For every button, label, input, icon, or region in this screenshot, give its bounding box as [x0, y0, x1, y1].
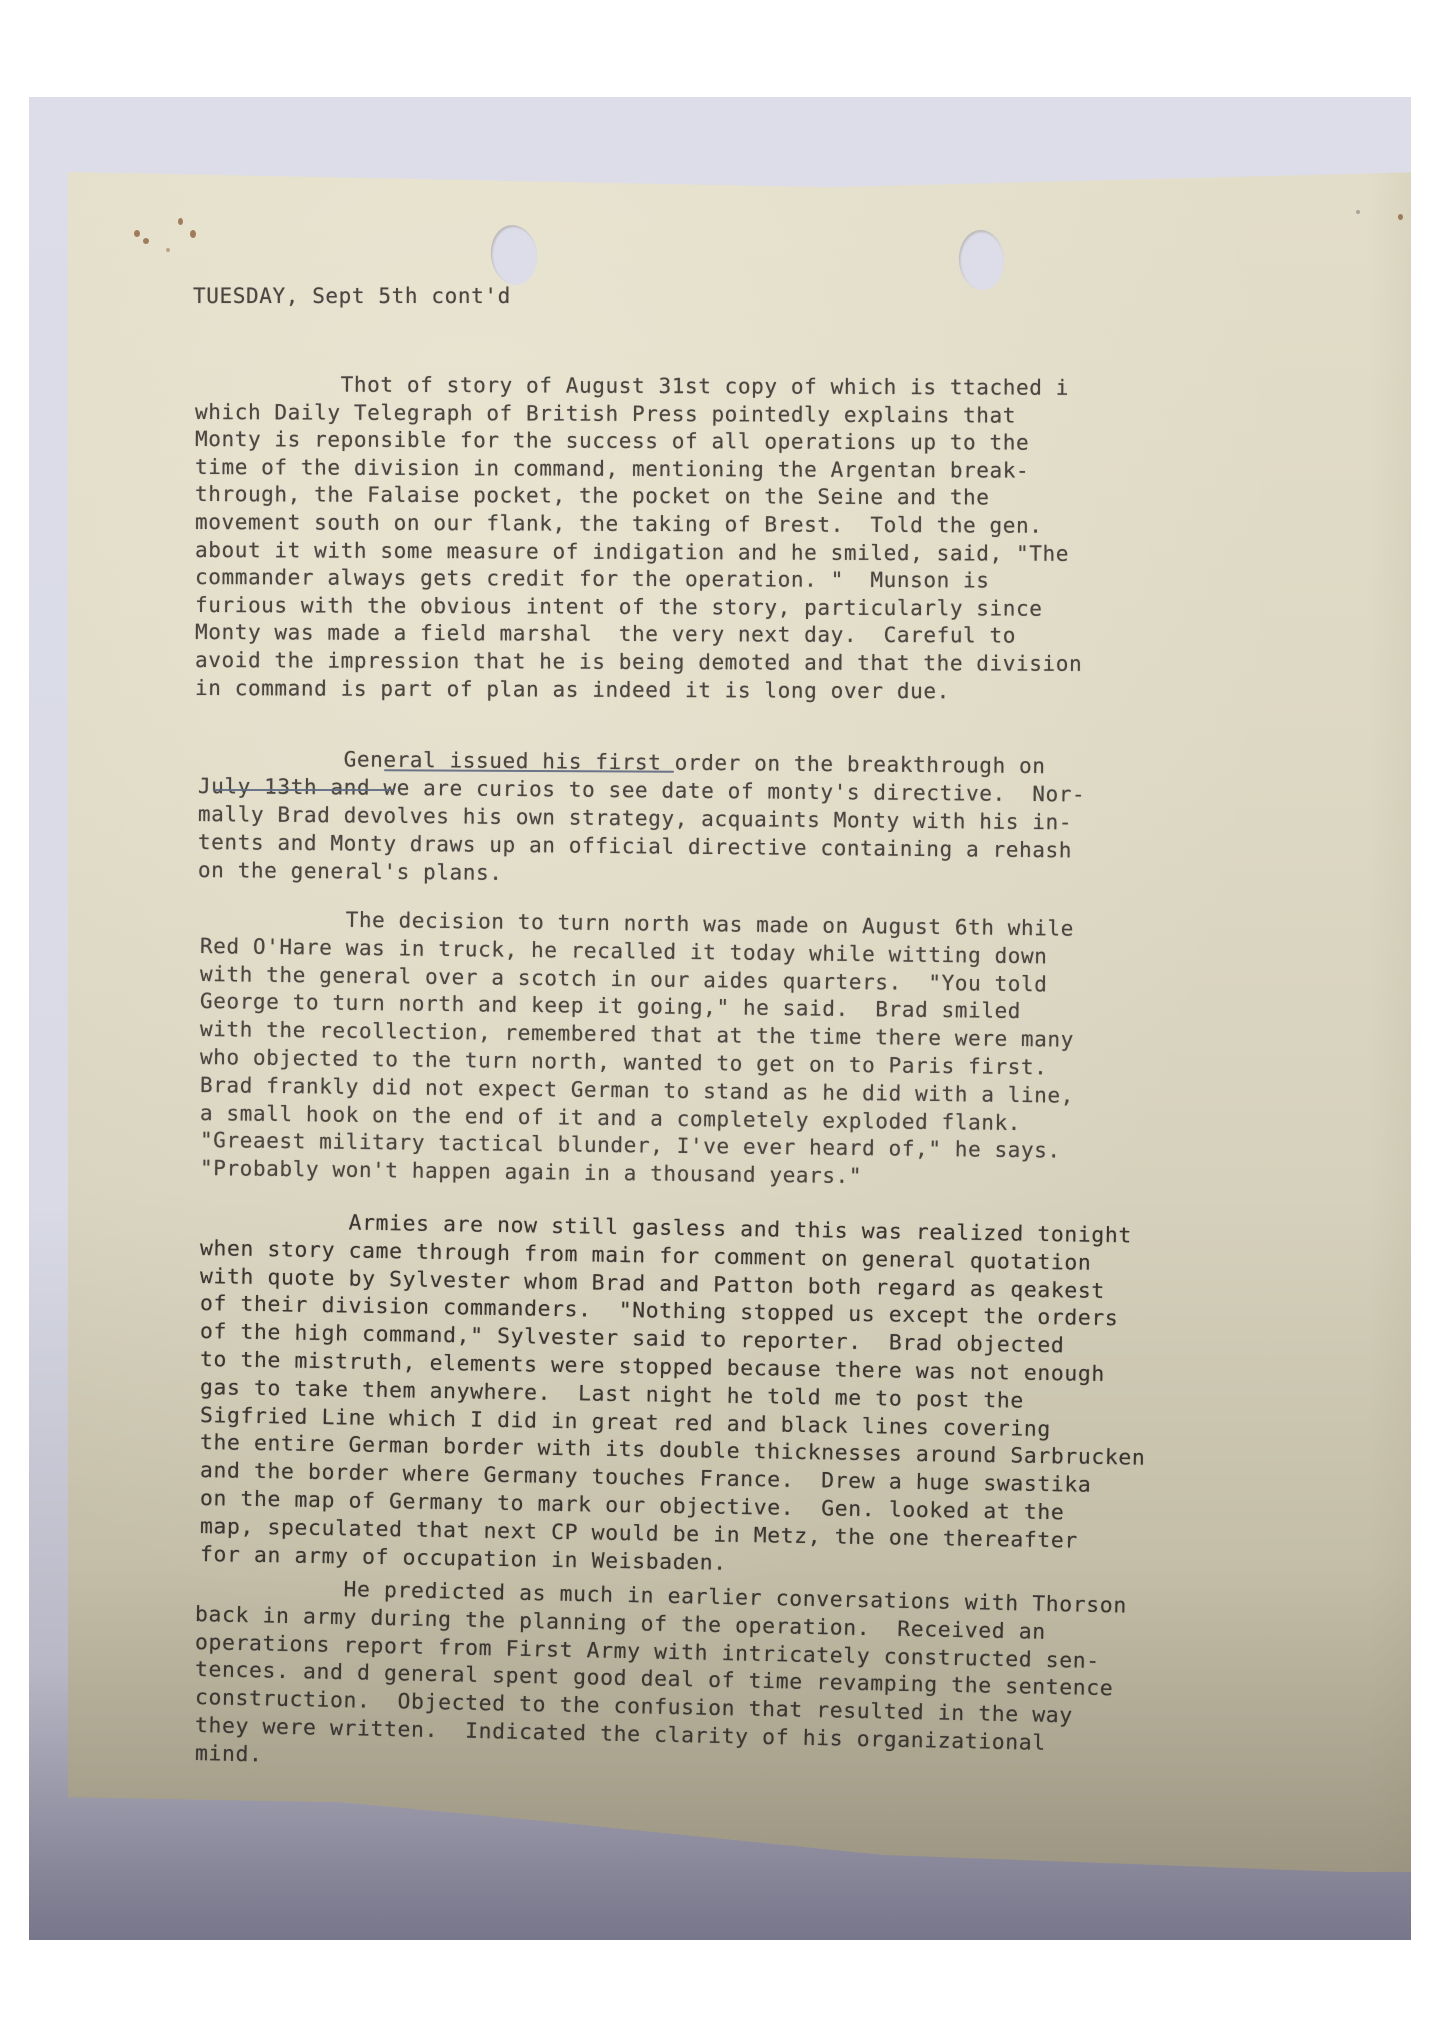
punch-hole-left	[487, 222, 541, 288]
text-line: furious with the obvious intent of the s…	[195, 593, 1043, 621]
rust-stain	[190, 230, 196, 238]
text-line: in command is part of plan as indeed it …	[195, 676, 950, 703]
text-line: through, the Falaise pocket, the pocket …	[195, 482, 990, 509]
rust-stain	[1356, 210, 1360, 214]
text-line: on the general's plans.	[198, 858, 503, 885]
text-line: movement south on our flank, the taking …	[195, 510, 1043, 538]
text-line: time of the division in command, mention…	[195, 455, 1029, 483]
document-header: TUESDAY, Sept 5th cont'd	[193, 284, 511, 308]
text-line: which Daily Telegraph of British Press p…	[195, 400, 1016, 428]
text-line: Thot of story of August 31st copy of whi…	[195, 372, 1069, 400]
text-line: Monty was made a field marshal the very …	[195, 620, 1016, 648]
rust-stain	[143, 238, 149, 244]
rust-stain	[134, 230, 140, 237]
text-line: about it with some measure of indigation…	[195, 538, 1069, 566]
text-line: mind.	[195, 1741, 263, 1766]
rust-stain	[1398, 214, 1403, 220]
text-line: commander always gets credit for the ope…	[195, 565, 990, 592]
rust-stain	[166, 248, 170, 252]
text-line: avoid the impression that he is being de…	[195, 648, 1082, 676]
pen-underline	[214, 789, 394, 791]
punch-hole-right	[957, 229, 1006, 292]
rust-stain	[178, 218, 183, 225]
text-line: Monty is reponsible for the success of a…	[195, 427, 1029, 455]
